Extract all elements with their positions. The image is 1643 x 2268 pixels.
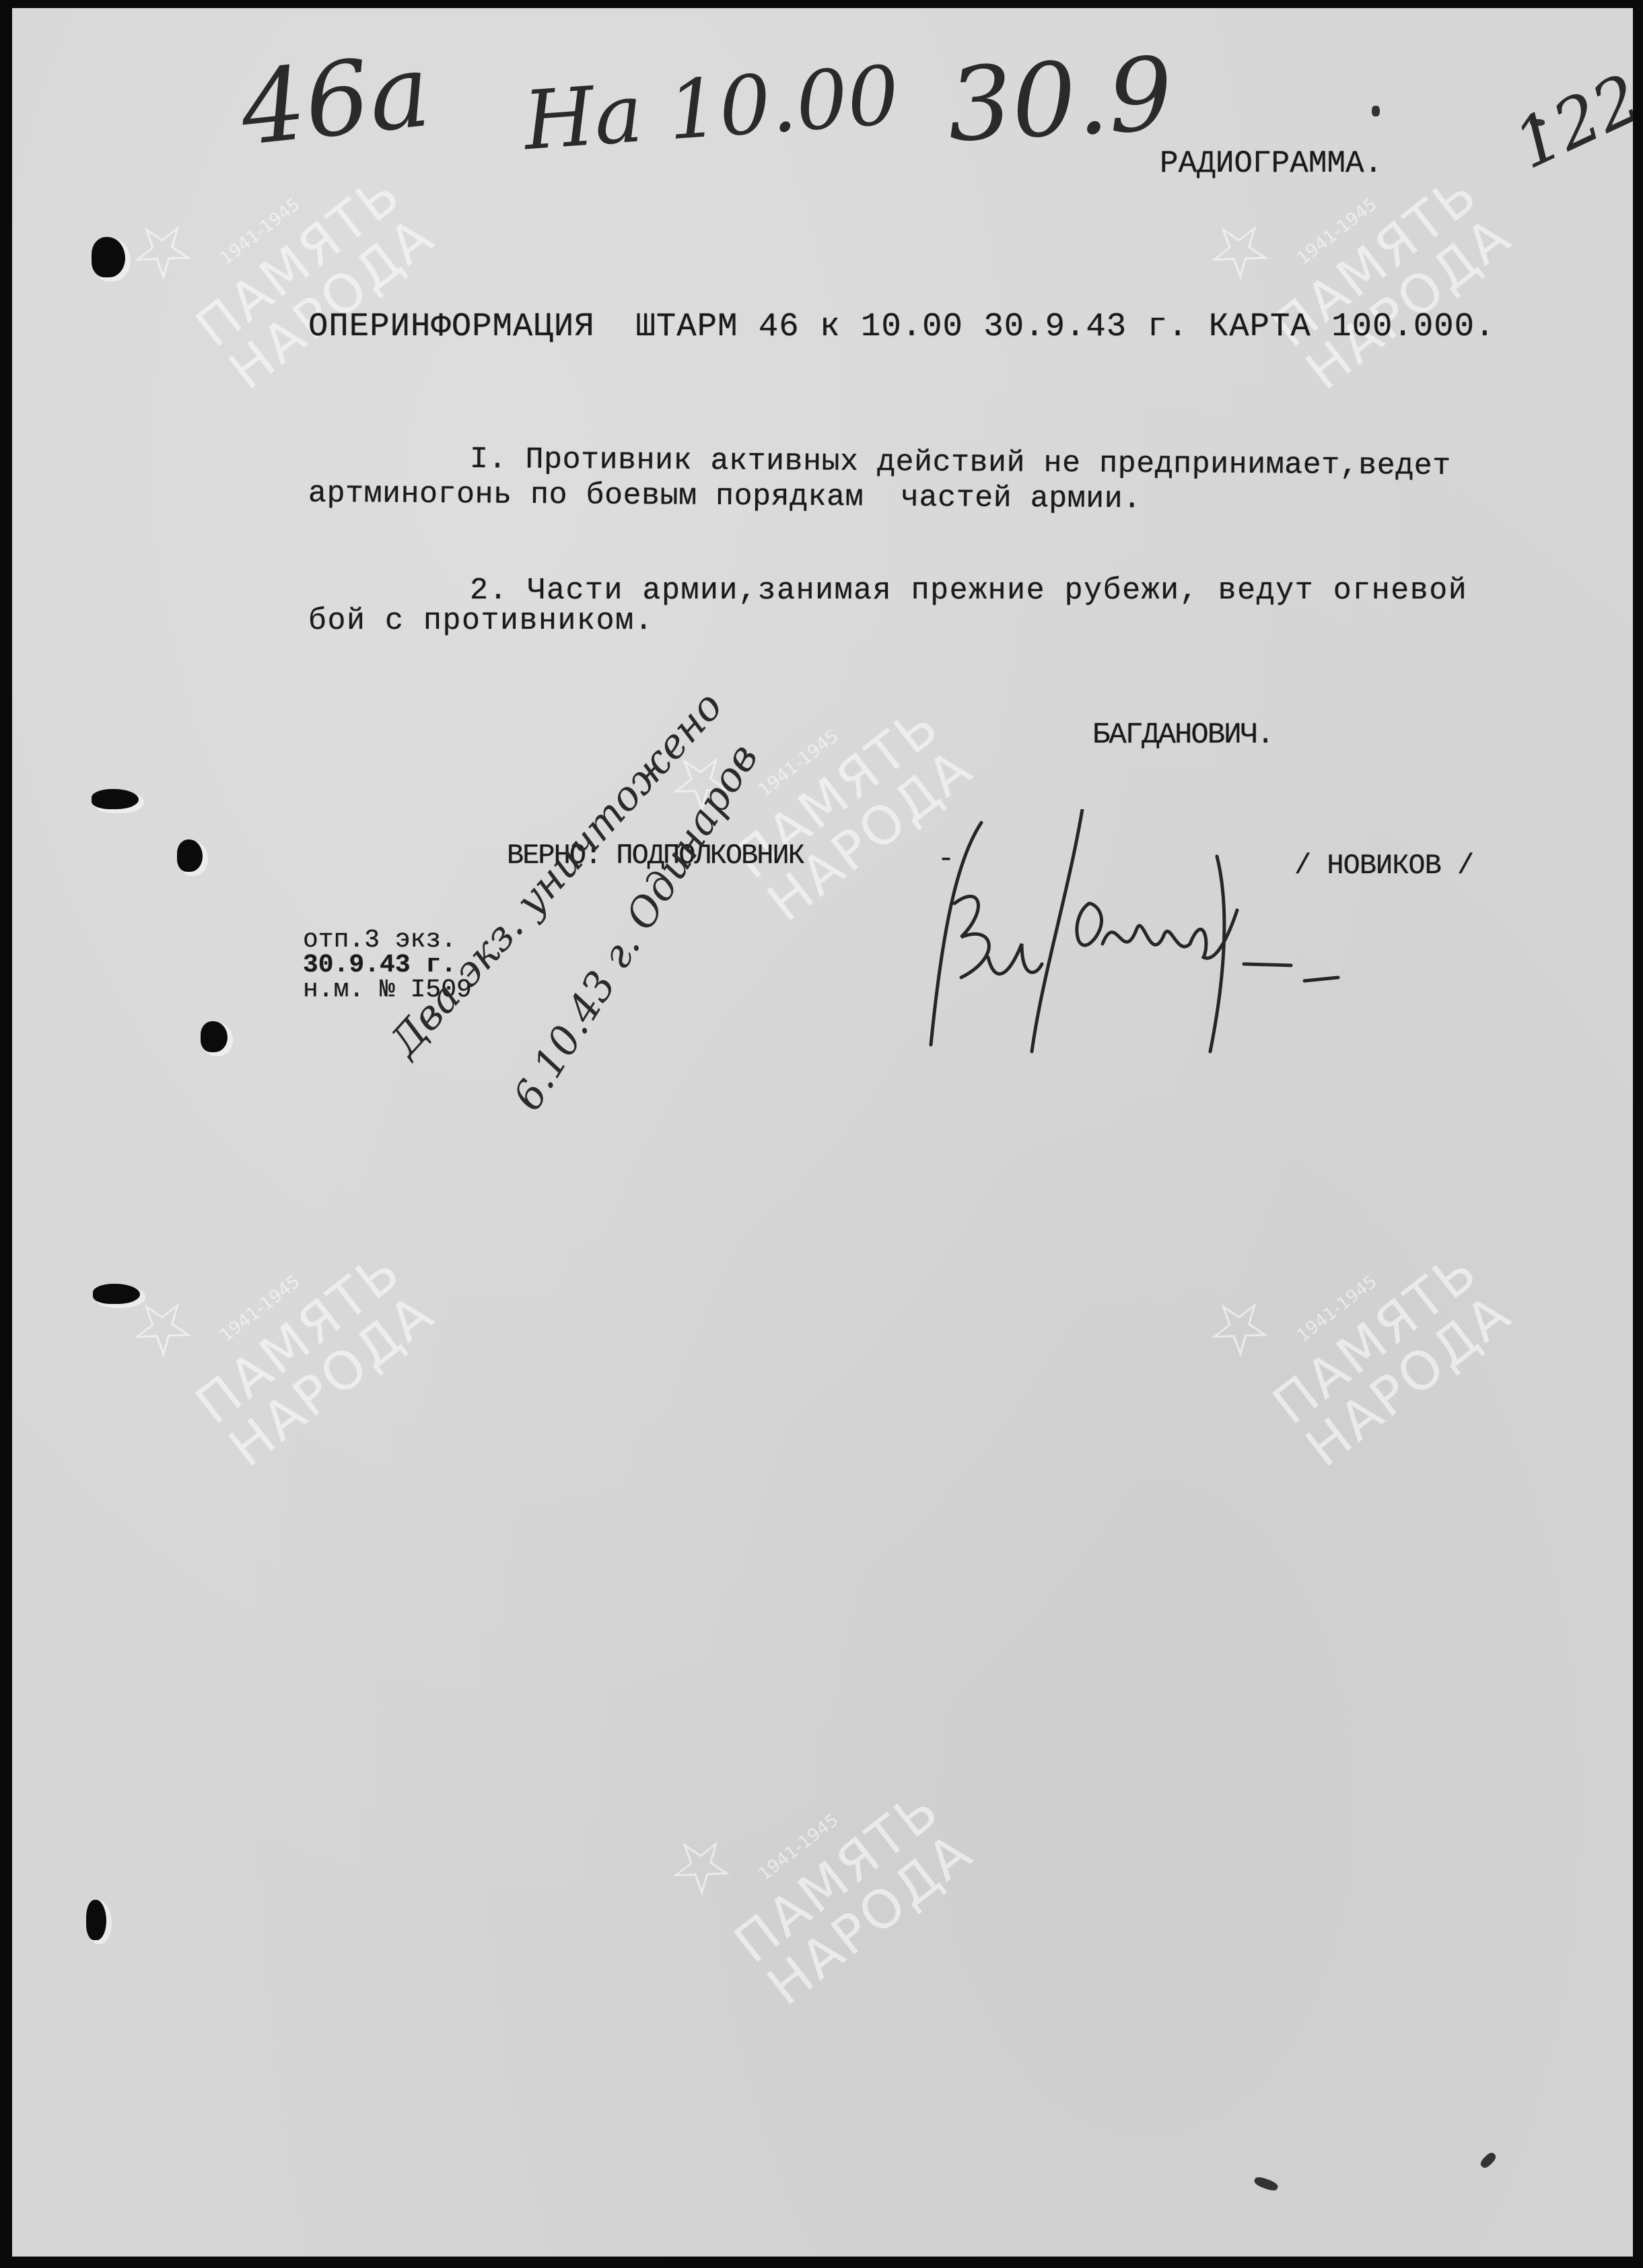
- watermark: ☆ 1941-1945 ПАМЯТЬ НАРОДА: [1160, 72, 1557, 469]
- punch-hole: [177, 839, 203, 872]
- punch-hole: [201, 1021, 228, 1052]
- star-icon: ☆: [1189, 1276, 1287, 1375]
- star-icon: ☆: [651, 1815, 748, 1914]
- star-icon: ☆: [112, 199, 210, 298]
- subject-line: ОПЕРИНФОРМАЦИЯ ШТАРМ 46 к 10.00 30.9.43 …: [308, 308, 1495, 345]
- punch-hole: [92, 789, 139, 809]
- document-page: ☆ 1941-1945 ПАМЯТЬ НАРОДА ☆ 1941-1945 ПА…: [12, 8, 1633, 2257]
- paragraph-1-line-2: артминогонь по боевым порядкам частей ар…: [308, 477, 1142, 517]
- paragraph-2-line-1: 2. Части армии,занимая прежние рубежи, в…: [470, 574, 1467, 608]
- star-icon: ☆: [1189, 199, 1287, 298]
- signature: [867, 809, 1513, 1065]
- punch-hole: [86, 1900, 106, 1940]
- signatory-name: БАГДАНОВИЧ.: [1092, 718, 1273, 752]
- watermark: ☆ 1941-1945 ПАМЯТЬ НАРОДА: [1160, 1149, 1557, 1546]
- handwritten-time: На 10.00: [521, 49, 902, 169]
- paragraph-1-line-1: I. Противник активных действий не предпр…: [470, 442, 1451, 483]
- handwritten-army-number: 46а: [236, 32, 435, 168]
- document-title: РАДИОГРАММА.: [1160, 146, 1383, 181]
- punch-hole: [92, 237, 125, 277]
- watermark: ☆ 1941-1945 ПАМЯТЬ НАРОДА: [83, 1149, 480, 1546]
- paragraph-2-line-2: бой с противником.: [308, 604, 654, 638]
- watermark: ☆ 1941-1945 ПАМЯТЬ НАРОДА: [621, 1688, 1018, 2085]
- handwritten-date: 30.9: [945, 36, 1176, 164]
- punch-hole: [93, 1284, 140, 1304]
- page-number: 122: [1502, 59, 1633, 184]
